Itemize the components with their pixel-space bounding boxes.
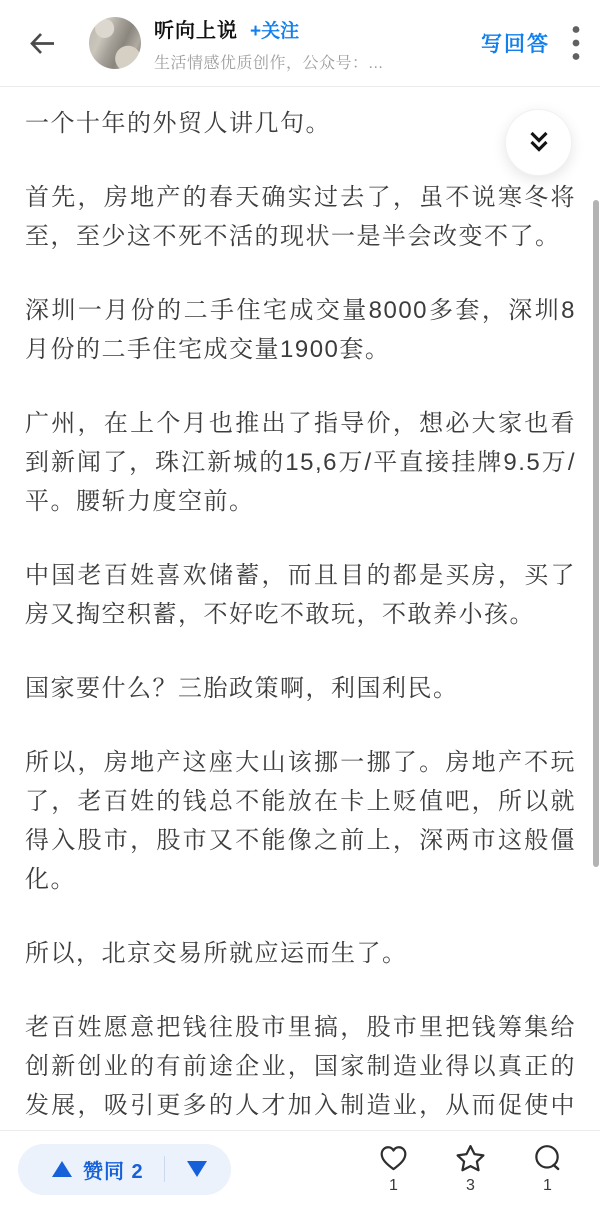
vote-pill: 赞同 2: [18, 1144, 231, 1195]
write-answer-button[interactable]: 写回答: [481, 28, 550, 58]
comment-button[interactable]: 1: [532, 1143, 563, 1195]
double-chevron-down-icon: [525, 129, 553, 156]
author-info: 听向上说 +关注 生活情感优质创作，公众号：...: [154, 14, 481, 73]
answer-paragraph: 国家要什么？三胎政策啊，利国利民。: [25, 669, 576, 708]
answer-paragraph: 深圳一月份的二手住宅成交量8000多套，深圳8月份的二手住宅成交量1900套。: [25, 291, 576, 369]
author-bio: 生活情感优质创作，公众号：...: [154, 50, 481, 73]
downvote-button[interactable]: [165, 1144, 231, 1195]
answer-paragraph: 首先，房地产的春天确实过去了，虽不说寒冬将至，至少这不死不活的现状一是半会改变不…: [25, 178, 576, 256]
arrow-left-icon: [26, 27, 59, 60]
follow-button[interactable]: +关注: [250, 16, 299, 43]
answer-paragraph: 一个十年的外贸人讲几句。: [25, 104, 576, 143]
scrollbar-thumb[interactable]: [593, 200, 599, 867]
answer-paragraph: 中国老百姓喜欢储蓄，而且目的都是买房，买了房又掏空积蓄，不好吃不敢玩，不敢养小孩…: [25, 556, 576, 634]
triangle-down-icon: [187, 1161, 207, 1177]
comment-bubble-icon: [532, 1143, 563, 1173]
back-button[interactable]: [0, 27, 59, 60]
header: 听向上说 +关注 生活情感优质创作，公众号：... 写回答: [0, 0, 600, 87]
comment-count: 1: [543, 1177, 552, 1195]
star-icon: [455, 1143, 486, 1173]
triangle-up-icon: [52, 1161, 72, 1177]
favorite-count: 3: [466, 1177, 475, 1195]
collapse-answer-button[interactable]: [505, 109, 572, 176]
like-count: 1: [389, 1177, 398, 1195]
upvote-button[interactable]: 赞同 2: [18, 1144, 164, 1195]
secondary-actions: 1 3 1: [378, 1143, 600, 1195]
answer-body: 一个十年的外贸人讲几句。 首先，房地产的春天确实过去了，虽不说寒冬将至，至少这不…: [0, 87, 600, 1130]
author-name[interactable]: 听向上说: [154, 14, 238, 43]
more-options-button[interactable]: [572, 25, 580, 61]
heart-icon: [378, 1143, 409, 1173]
like-button[interactable]: 1: [378, 1143, 409, 1195]
favorite-button[interactable]: 3: [455, 1143, 486, 1195]
kebab-menu-icon: [572, 25, 580, 61]
author-avatar[interactable]: [89, 17, 141, 69]
upvote-count-label: 赞同 2: [83, 1155, 144, 1184]
answer-paragraph: 广州，在上个月也推出了指导价，想必大家也看到新闻了，珠江新城的15,6万/平直接…: [25, 404, 576, 521]
bottom-action-bar: 赞同 2 1 3 1: [0, 1130, 600, 1207]
answer-paragraph: 所以，北京交易所就应运而生了。: [25, 934, 576, 973]
answer-paragraph: 老百姓愿意把钱往股市里搞，股市里把钱筹集给创新创业的有前途企业，国家制造业得以真…: [25, 1008, 576, 1130]
answer-paragraph: 所以，房地产这座大山该挪一挪了。房地产不玩了，老百姓的钱总不能放在卡上贬值吧，所…: [25, 743, 576, 899]
